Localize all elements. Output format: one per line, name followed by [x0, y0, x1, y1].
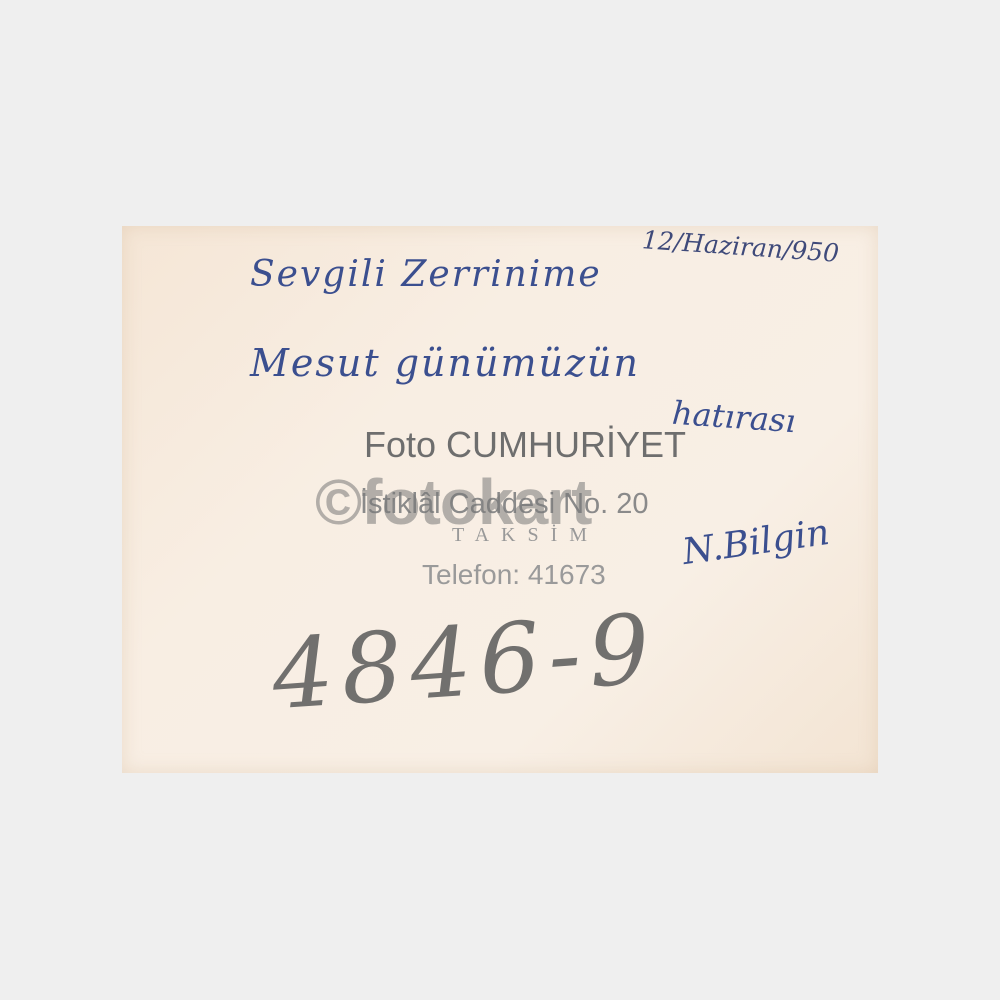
handwritten-dedication-line3: hatırası [671, 394, 797, 441]
studio-stamp-phone: Telefon: 41673 [422, 559, 606, 591]
studio-stamp-name: Foto CUMHURİYET [364, 424, 686, 466]
watermark-text: ©fotokart [315, 470, 591, 534]
handwritten-signature: N.Bilgin [680, 512, 832, 573]
handwritten-dedication-line1: Sevgili Zerrinime [250, 254, 602, 295]
pencil-reference-number: 4846-9 [269, 593, 662, 732]
handwritten-dedication-line2: Mesut günümüzün [250, 341, 640, 385]
handwritten-date: 12/Haziran/950 [641, 225, 840, 268]
